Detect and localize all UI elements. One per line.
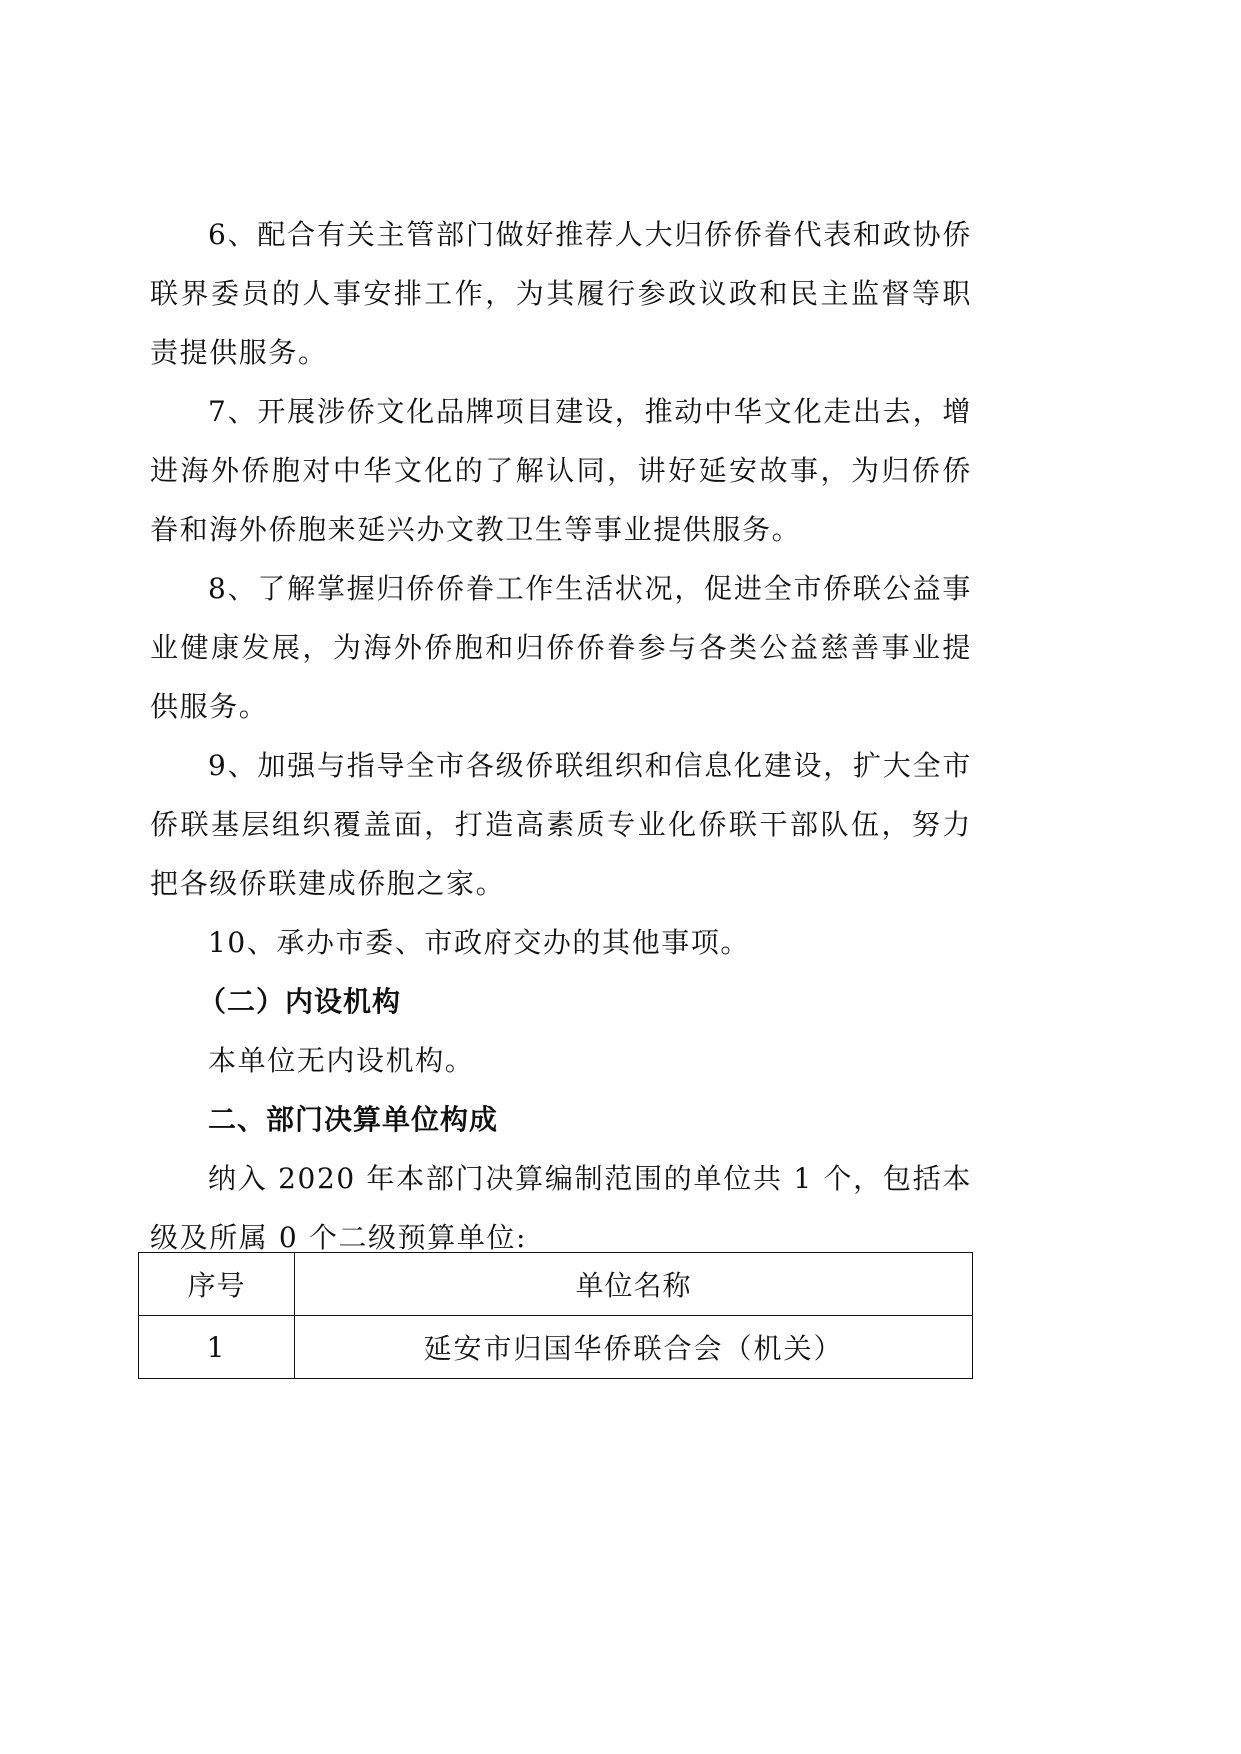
document-page: 6、配合有关主管部门做好推荐人大归侨侨眷代表和政协侨联界委员的人事安排工作，为其… <box>150 205 972 1267</box>
paragraph-item-8: 8、了解掌握归侨侨眷工作生活状况，促进全市侨联公益事业健康发展，为海外侨胞和归侨… <box>150 559 972 736</box>
header-serial-number: 序号 <box>139 1253 295 1316</box>
units-table: 序号 单位名称 1 延安市归国华侨联合会（机关） <box>138 1252 973 1379</box>
paragraph-item-7: 7、开展涉侨文化品牌项目建设，推动中华文化走出去，增进海外侨胞对中华文化的了解认… <box>150 382 972 559</box>
paragraph-budget-units: 纳入 2020 年本部门决算编制范围的单位共 1 个，包括本级及所属 0 个二级… <box>150 1149 972 1267</box>
table-header-row: 序号 单位名称 <box>139 1253 973 1316</box>
cell-unit-name: 延安市归国华侨联合会（机关） <box>295 1316 973 1379</box>
table-row: 1 延安市归国华侨联合会（机关） <box>139 1316 973 1379</box>
paragraph-item-10: 10、承办市委、市政府交办的其他事项。 <box>150 913 972 972</box>
section-heading-budget-units: 二、部门决算单位构成 <box>150 1090 972 1149</box>
units-table-container: 序号 单位名称 1 延安市归国华侨联合会（机关） <box>138 1252 972 1379</box>
paragraph-internal-structure: 本单位无内设机构。 <box>150 1031 972 1090</box>
paragraph-item-6: 6、配合有关主管部门做好推荐人大归侨侨眷代表和政协侨联界委员的人事安排工作，为其… <box>150 205 972 382</box>
cell-serial-number: 1 <box>139 1316 295 1379</box>
paragraph-item-9: 9、加强与指导全市各级侨联组织和信息化建设，扩大全市侨联基层组织覆盖面，打造高素… <box>150 736 972 913</box>
section-heading-internal-structure: （二）内设机构 <box>150 972 972 1031</box>
header-unit-name: 单位名称 <box>295 1253 973 1316</box>
